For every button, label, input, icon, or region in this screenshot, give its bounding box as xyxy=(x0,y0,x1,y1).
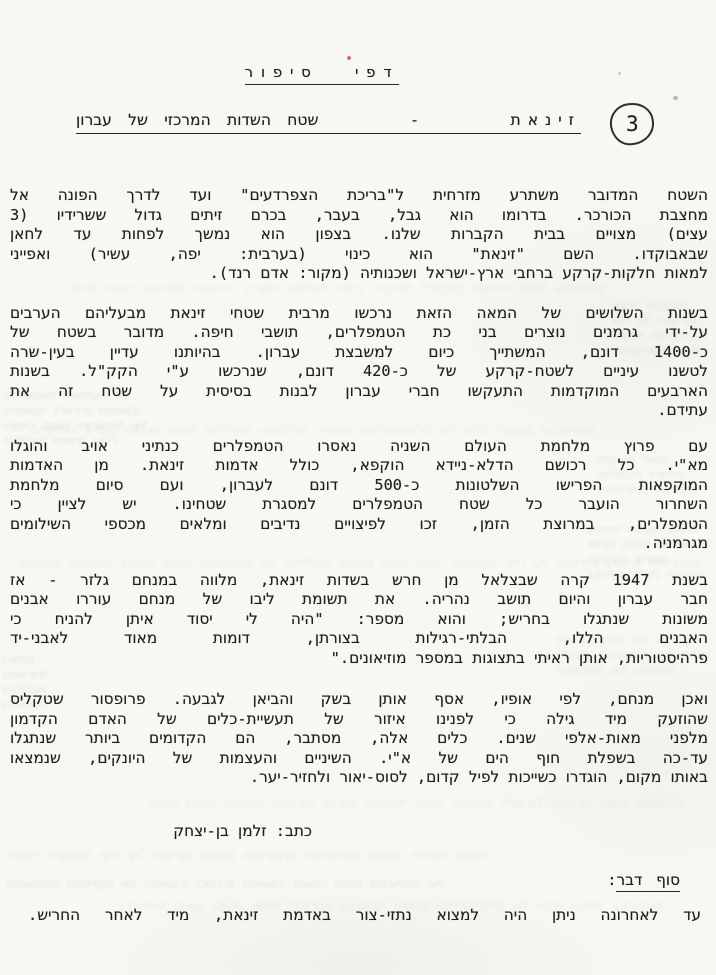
ink-speck xyxy=(673,96,678,100)
paragraph-3: עם פרוץ מלחמת העולם השניה נאסרו הטמפלרים… xyxy=(10,437,708,554)
heading-term: זינאת xyxy=(511,111,581,129)
text-line: פרהיסטוריות, אותן ראיתי בתצוגות במספר מו… xyxy=(10,649,708,669)
text-line: בשנות השלושים של המאה הזאת נרכשו מרבית ש… xyxy=(10,304,708,324)
text-line: מחצבת הכורכר. בדרומו הוא גבל, בעבר, בכרם… xyxy=(10,206,708,226)
text-line: הטמפלרים, במרוצת הזמן, זכו לפיצויים נדיב… xyxy=(10,515,708,535)
red-ink-speck xyxy=(347,56,351,60)
text-line: למאות חלקות-קרקע ברחבי ארץ-ישראל ושכנותי… xyxy=(10,264,708,284)
paragraph-4: בשנת 1947 קרה שבצלאל מן חרש בשדות זינאת,… xyxy=(10,571,708,669)
heading-subtitle: שטח השדות המרכזי של עברון xyxy=(76,111,318,129)
text-line: מגרמניה. xyxy=(10,534,708,554)
epilogue-heading: סוף דבר: xyxy=(607,871,680,889)
text-line: בשנת 1947 קרה שבצלאל מן חרש בשדות זינאת,… xyxy=(10,571,708,591)
text-line: השטח המדובר משתרע מזרחית ל"בריכת הצפרדעי… xyxy=(10,186,708,206)
bleedthrough-line: וחברי הקבוצה עלו על הקרקע בשנות הארבעים … xyxy=(10,848,710,863)
document-heading: זינאת - שטח השדות המרכזי של עברון xyxy=(76,111,581,134)
bleedthrough-line: המשפחות הוותיקות של המושבה בארכיון המושב… xyxy=(6,876,466,893)
page-number: 3 xyxy=(626,112,639,136)
ink-speck xyxy=(618,72,621,75)
text-line: שהוזעק מיד גילה כי לפנינו איזור של תעשיי… xyxy=(10,710,708,730)
byline: כתב: זלמן בן-יצחק xyxy=(100,822,312,840)
text-line: על-ידי גרמנים נוצרים בני כת הטמפלרים, תו… xyxy=(10,323,708,343)
text-line: ואכן מנחם, לפי אופיו, אסף אותן בשק והביא… xyxy=(10,690,708,710)
page-title-text: דפי סיפור xyxy=(245,63,400,85)
text-line: עתידם. xyxy=(10,401,708,421)
paragraph-5: ואכן מנחם, לפי אופיו, אסף אותן בשק והביא… xyxy=(10,690,708,788)
text-line: כ-1400 דונם, המשתייך כיום למשבצת עברון. … xyxy=(10,343,708,363)
page-number-circle: 3 xyxy=(608,101,656,147)
text-line: המוקפאות הפרישו השלטונות כ-500 דונם לעבר… xyxy=(10,476,708,496)
paragraph-2: בשנות השלושים של המאה הזאת נרכשו מרבית ש… xyxy=(10,304,708,421)
text-line: עצים) מצויים בבית הקברות שלנו. בצפון הוא… xyxy=(10,225,708,245)
text-line: לטשנו עיניים לשטח-קרקע של כ-420 דונם, שנ… xyxy=(10,362,708,382)
text-line: עם פרוץ מלחמת העולם השניה נאסרו הטמפלרים… xyxy=(10,437,708,457)
page-title: דפי סיפור xyxy=(202,63,442,81)
text-line: שבאבוקדו. השם "זינאת" הוא כינוי (בערבית:… xyxy=(10,245,708,265)
text-line: באותו מקום, הוגדרו כשייכות לפיל קדום, לס… xyxy=(10,768,708,788)
paragraph-1: השטח המדובר משתרע מזרחית ל"בריכת הצפרדעי… xyxy=(10,186,708,284)
text-line: חבר עברון והיום תושב נהריה. את תשומת ליב… xyxy=(10,590,708,610)
scanned-document-page: שדות הכפר ואדמות הסביבה נרשמו בפנקסי הקר… xyxy=(0,0,716,975)
epilogue-heading-text: סוף דבר xyxy=(616,871,680,892)
text-line: מא"י. כל רכושם הדלא-ניידא הוקפא, כולל אד… xyxy=(10,456,708,476)
bleedthrough-line: שדות הכפר ואדמות הסביבה נרשמו בפנקסי הקר… xyxy=(150,796,710,811)
text-line: השחרור הועבר כל שטח הטמפלרים למסגרת שטחי… xyxy=(10,495,708,515)
body-text: השטח המדובר משתרע מזרחית ל"בריכת הצפרדעי… xyxy=(10,186,708,788)
text-line: עד-כה בשפלת חוף הים של א"י. השיניים והעצ… xyxy=(10,749,708,769)
text-line: מלפני מאות-אלפי שנים. כלים אלה, מסתבר, ה… xyxy=(10,729,708,749)
heading-dash: - xyxy=(410,111,419,129)
text-line: הארבעים המוקדמות התעקשו חברי עברון לבנות… xyxy=(10,382,708,402)
epilogue-text: עד לאחרונה ניתן היה למצוא נתזי-צור באדמת… xyxy=(28,906,701,924)
text-line: האבנים הללו, הבלתי-רגילות בצורתן, דומות … xyxy=(10,629,708,649)
text-line: משונות שנתגלו בחריש; והוא מספר: "היה לי … xyxy=(10,610,708,630)
